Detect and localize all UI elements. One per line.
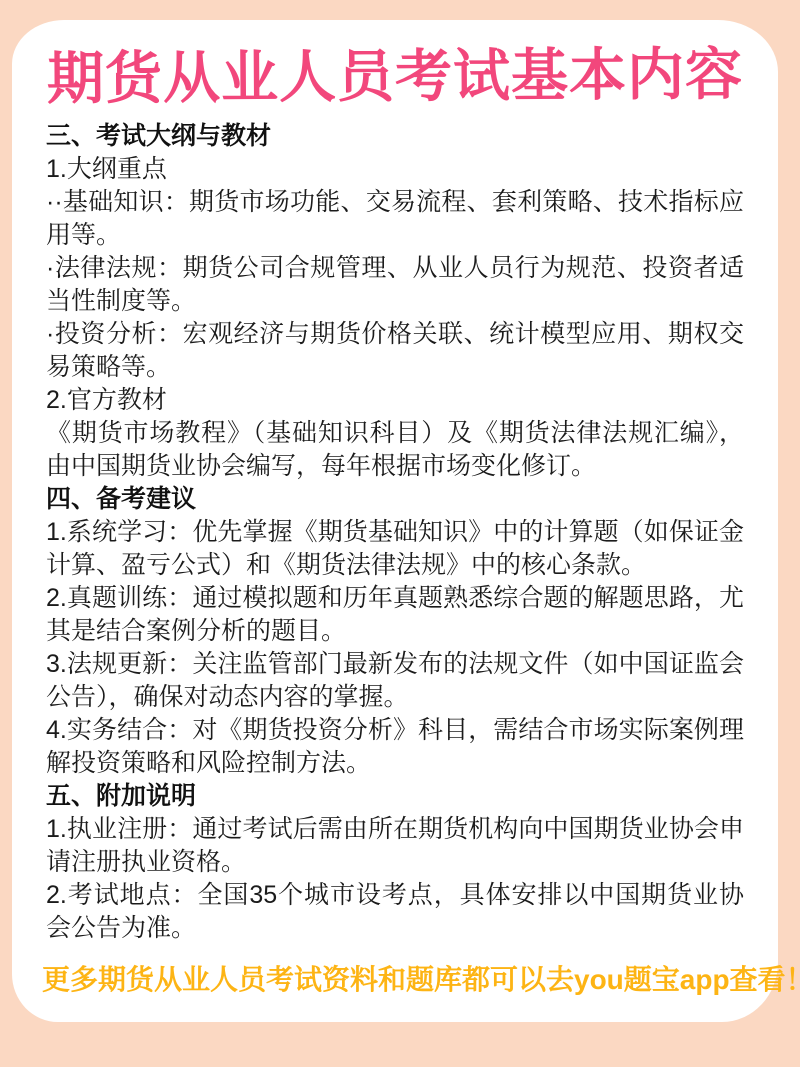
body-paragraph: ··基础知识：期货市场功能、交易流程、套利策略、技术指标应用等。	[46, 186, 744, 252]
body-paragraph: 1.大纲重点	[46, 153, 744, 186]
section-heading-additional-notes: 五、附加说明	[46, 780, 744, 813]
body-paragraph: 1.执业注册：通过考试后需由所在期货机构向中国期货业协会申请注册执业资格。	[46, 813, 744, 879]
content-card: 期货从业人员考试基本内容 三、考试大纲与教材 1.大纲重点 ··基础知识：期货市…	[12, 20, 778, 1022]
footer-promo-text: 更多期货从业人员考试资料和题库都可以去you题宝app查看！	[42, 962, 748, 998]
body-paragraph: 2.真题训练：通过模拟题和历年真题熟悉综合题的解题思路，尤其是结合案例分析的题目…	[46, 582, 744, 648]
body-paragraph: 《期货市场教程》（基础知识科目）及《期货法律法规汇编》，由中国期货业协会编写，每…	[46, 417, 744, 483]
body-paragraph: 3.法规更新：关注监管部门最新发布的法规文件（如中国证监会公告），确保对动态内容…	[46, 648, 744, 714]
body-paragraph: 4.实务结合：对《期货投资分析》科目，需结合市场实际案例理解投资策略和风险控制方…	[46, 714, 744, 780]
body-paragraph: ·投资分析：宏观经济与期货价格关联、统计模型应用、期权交易策略等。	[46, 318, 744, 384]
body-paragraph: 2.考试地点：全国35个城市设考点，具体安排以中国期货业协会公告为准。	[46, 879, 744, 945]
body-paragraph: ·法律法规：期货公司合规管理、从业人员行为规范、投资者适当性制度等。	[46, 252, 744, 318]
section-heading-exam-outline: 三、考试大纲与教材	[46, 120, 744, 153]
content-body: 三、考试大纲与教材 1.大纲重点 ··基础知识：期货市场功能、交易流程、套利策略…	[42, 120, 748, 945]
page-title: 期货从业人员考试基本内容	[42, 44, 748, 113]
section-heading-prep-advice: 四、备考建议	[46, 483, 744, 516]
body-paragraph: 2.官方教材	[46, 384, 744, 417]
body-paragraph: 1.系统学习：优先掌握《期货基础知识》中的计算题（如保证金计算、盈亏公式）和《期…	[46, 516, 744, 582]
